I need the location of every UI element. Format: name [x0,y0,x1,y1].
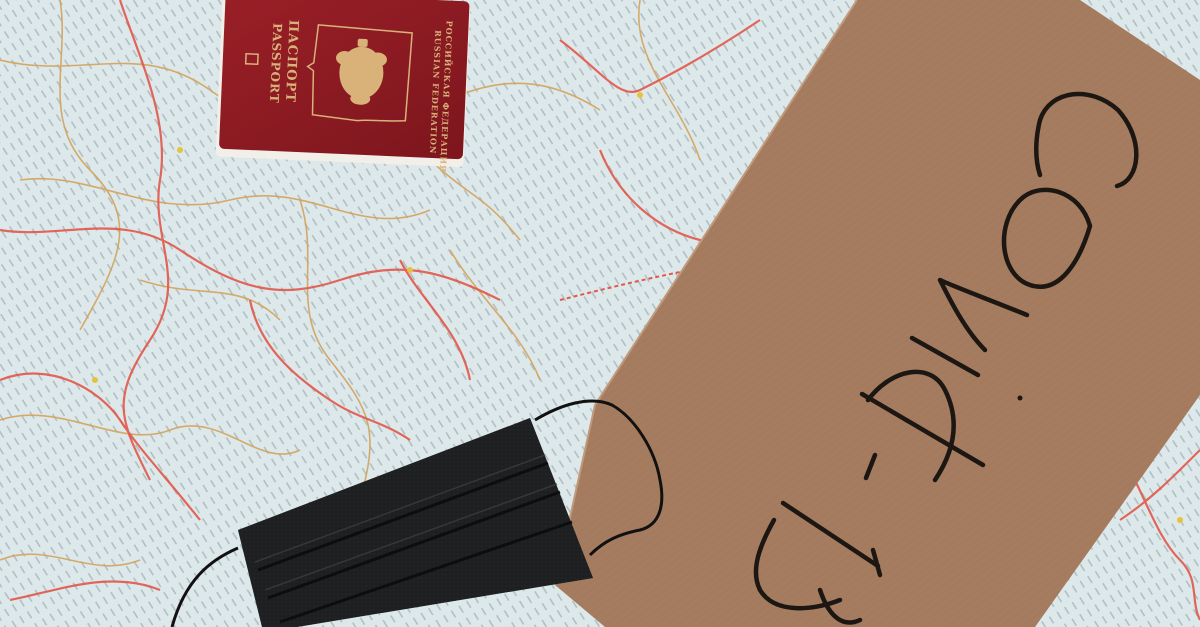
photo-scene: COVID-19 ПАСПОРТ PASSPORT РОССИЙСКАЯ ФЕД… [0,0,1200,627]
photo-canvas: COVID-19 ПАСПОРТ PASSPORT РОССИЙСКАЯ ФЕД… [0,0,1200,627]
passport: ПАСПОРТ PASSPORT РОССИЙСКАЯ ФЕДЕРАЦИЯ RU… [215,0,470,174]
